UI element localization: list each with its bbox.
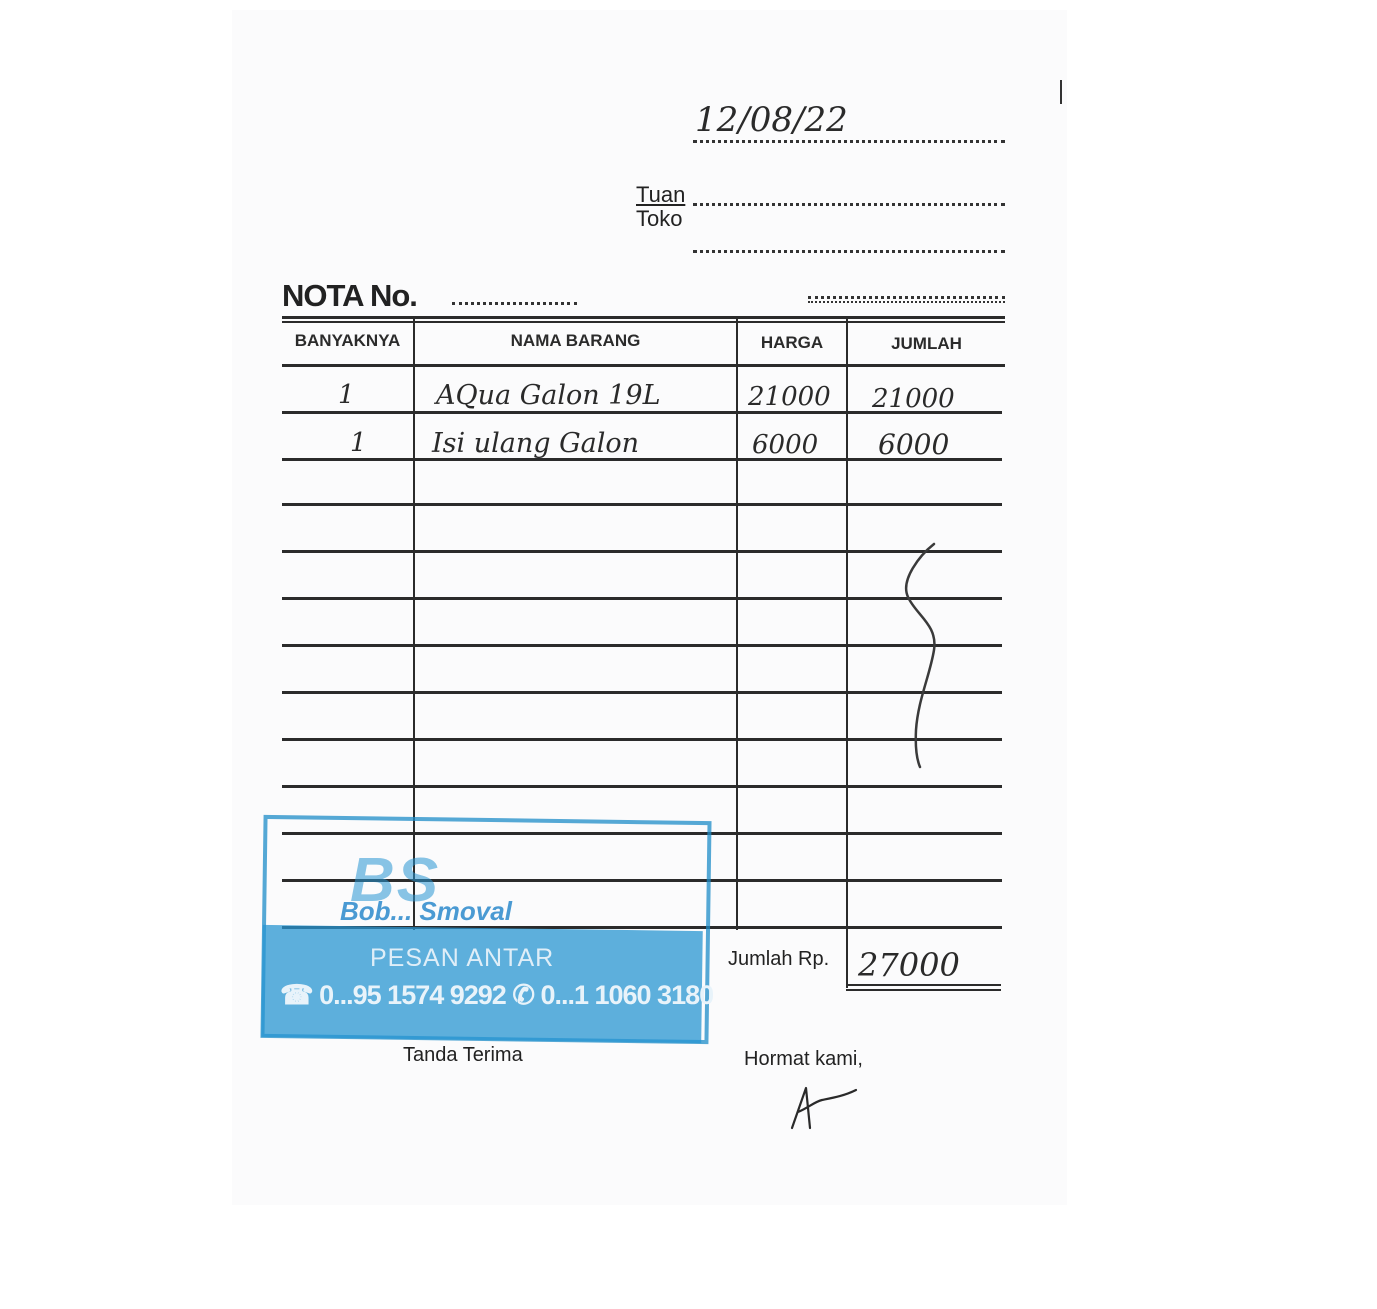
row-qty: 1 bbox=[338, 380, 355, 410]
stamp-phones: ☎ 0...95 1574 9292 ✆ 0...1 1060 3180 bbox=[280, 980, 713, 1011]
total-underline bbox=[846, 984, 1001, 986]
nota-right-field-2 bbox=[808, 301, 1005, 303]
row-item: AQua Galon 19L bbox=[436, 380, 661, 411]
table-header-bottom bbox=[282, 364, 1005, 367]
date-value: 12/08/22 bbox=[695, 100, 848, 140]
row-line bbox=[282, 503, 1002, 506]
col-header-item: NAMA BARANG bbox=[415, 331, 736, 351]
regards-label: Hormat kami, bbox=[744, 1048, 863, 1071]
table-top-line-2 bbox=[282, 321, 1005, 323]
date-line bbox=[693, 140, 1005, 143]
col-divider-3 bbox=[846, 318, 848, 988]
row-amount: 21000 bbox=[872, 384, 955, 414]
col-header-amount: JUMLAH bbox=[848, 334, 1005, 354]
edge-mark bbox=[1060, 80, 1062, 104]
nota-label: NOTA No. bbox=[282, 278, 417, 314]
blank-rows-strike-mark bbox=[890, 535, 950, 775]
toko-label: Toko bbox=[636, 206, 682, 232]
total-label: Jumlah Rp. bbox=[728, 948, 829, 971]
tuan-label: Tuan bbox=[636, 182, 685, 208]
stamp-title: PESAN ANTAR bbox=[370, 944, 554, 973]
signature-icon bbox=[788, 1078, 868, 1134]
address-field[interactable] bbox=[693, 250, 1005, 253]
row-item: Isi ulang Galon bbox=[432, 428, 639, 459]
received-label: Tanda Terima bbox=[403, 1044, 523, 1067]
total-underline-2 bbox=[846, 989, 1001, 991]
row-price: 6000 bbox=[752, 430, 818, 460]
nota-number-field[interactable] bbox=[452, 302, 577, 305]
row-qty: 1 bbox=[350, 428, 367, 458]
total-value: 27000 bbox=[858, 946, 960, 984]
col-header-qty: BANYAKNYA bbox=[282, 331, 413, 351]
row-line bbox=[282, 785, 1002, 788]
row-amount: 6000 bbox=[878, 428, 949, 461]
tuan-field[interactable] bbox=[693, 203, 1005, 206]
col-divider-2 bbox=[736, 318, 738, 930]
table-top-line bbox=[282, 316, 1005, 319]
stamp-brand: Bob... Smoval bbox=[340, 896, 512, 927]
col-header-price: HARGA bbox=[738, 333, 846, 353]
nota-right-field[interactable] bbox=[808, 296, 1005, 299]
row-price: 21000 bbox=[748, 382, 831, 412]
